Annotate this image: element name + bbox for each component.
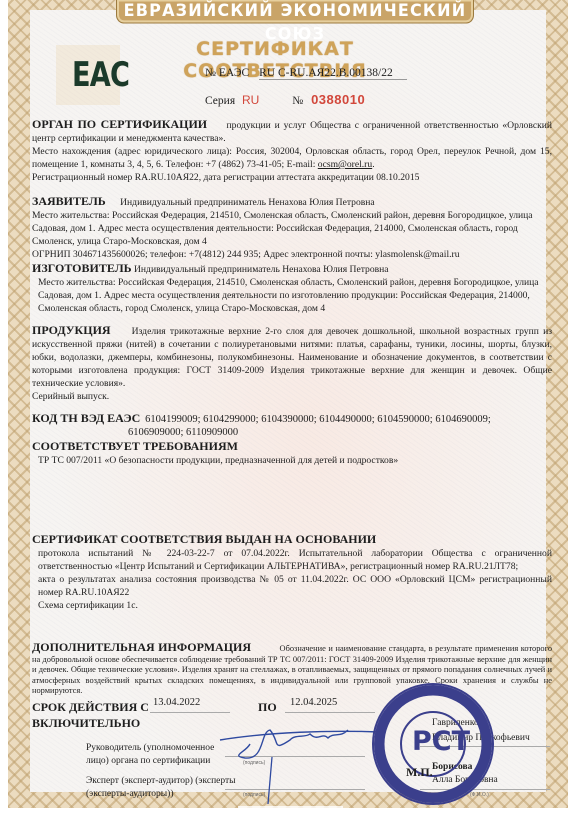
signature-scribble (210, 712, 390, 807)
validity-from-label: СРОК ДЕЙСТВИЯ С (32, 700, 149, 715)
product-section: ПРОДУКЦИЯ Изделия трикотажные верхние 2-… (32, 324, 552, 403)
certification-body-email[interactable]: ocsm@orel.ru (318, 159, 372, 170)
blank-number: 0388010 (311, 92, 365, 107)
fio-caption: (Ф.И.О.) (470, 792, 489, 798)
product-release-type: Серийный выпуск. (32, 391, 109, 402)
series-row: Серия RU № 0388010 (205, 92, 365, 107)
blank-number-label: № (292, 95, 303, 107)
basis-act: акта о результатах анализа состояния про… (32, 573, 552, 599)
head-label: Руководитель (уполномоченное лицо) орган… (86, 742, 216, 768)
product-heading: ПРОДУКЦИЯ (32, 323, 111, 337)
validity-to-date: 12.04.2025 (290, 697, 337, 708)
footer-strip (238, 806, 343, 810)
seal-label: М.П. (406, 765, 433, 780)
certification-body-heading: ОРГАН ПО СЕРТИФИКАЦИИ (32, 117, 207, 131)
requirements-heading: СООТВЕТСТВУЕТ ТРЕБОВАНИЯМ (32, 439, 238, 453)
certification-stamp: РСТ (372, 683, 494, 805)
eac-logo: ЕАС (72, 55, 129, 95)
manufacturer-name: Индивидуальный предприниматель Ненахова … (134, 264, 389, 275)
applicant-address: Место жительства: Российская Федерация, … (32, 210, 533, 247)
applicant-section: ЗАЯВИТЕЛЬ Индивидуальный предприниматель… (32, 195, 552, 261)
basis-protocol: протокола испытаний № 224-03-22-7 от 07.… (32, 547, 552, 573)
basis-scheme: Схема сертификации 1с. (32, 599, 552, 612)
manufacturer-address: Место жительства: Российская Федерация, … (32, 276, 552, 315)
additional-info-section: ДОПОЛНИТЕЛЬНАЯ ИНФОРМАЦИЯ Обозначение и … (32, 642, 552, 697)
applicant-name: Индивидуальный предприниматель Ненахова … (120, 197, 375, 208)
applicant-heading: ЗАЯВИТЕЛЬ (32, 194, 106, 208)
hs-codes-line1: 6104199009; 6104299000; 6104390000; 6104… (145, 414, 491, 425)
applicant-contacts: ОГРНИП 304671435600026; телефон: +7(4812… (32, 249, 460, 260)
series-label: Серия (205, 95, 235, 107)
manufacturer-heading: ИЗГОТОВИТЕЛЬ (32, 261, 132, 275)
hs-code-heading: КОД ТН ВЭД ЕАЭС (32, 411, 140, 425)
hs-code-section: КОД ТН ВЭД ЕАЭС 6104199009; 6104299000; … (32, 412, 552, 439)
union-banner: ЕВРАЗИЙСКИЙ ЭКОНОМИЧЕСКИЙ СОЮЗ (116, 0, 474, 24)
registration-label: № ЕАЭС (205, 67, 249, 79)
hs-codes-line2: 6106909000; 6110909000 (32, 427, 238, 438)
registration-number-row: № ЕАЭСRU C-RU.АЯ22.В.00138/22 (205, 67, 407, 79)
additional-info-heading: ДОПОЛНИТЕЛЬНАЯ ИНФОРМАЦИЯ (32, 640, 251, 654)
series-value: RU (242, 93, 259, 107)
basis-heading: СЕРТИФИКАТ СООТВЕТСТВИЯ ВЫДАН НА ОСНОВАН… (32, 532, 376, 546)
validity-from-date: 13.04.2022 (153, 697, 200, 708)
requirements-text: ТР ТС 007/2011 «О безопасности продукции… (32, 455, 398, 466)
registration-number: RU C-RU.АЯ22.В.00138/22 (259, 67, 407, 80)
certification-body-section: ОРГАН ПО СЕРТИФИКАЦИИ продукции и услуг … (32, 118, 552, 184)
certification-body-address: Место нахождения (адрес юридического лиц… (32, 146, 552, 170)
requirements-section: СООТВЕТСТВУЕТ ТРЕБОВАНИЯМ ТР ТС 007/2011… (32, 440, 552, 467)
basis-section: СЕРТИФИКАТ СООТВЕТСТВИЯ ВЫДАН НА ОСНОВАН… (32, 533, 552, 612)
rst-mark-icon: РСТ (412, 726, 470, 757)
certification-body-registration: Регистрационный номер RA.RU.10АЯ22, дата… (32, 172, 419, 183)
validity-inclusive-label: ВКЛЮЧИТЕЛЬНО (32, 716, 140, 731)
manufacturer-section: ИЗГОТОВИТЕЛЬ Индивидуальный предпринимат… (32, 262, 552, 315)
